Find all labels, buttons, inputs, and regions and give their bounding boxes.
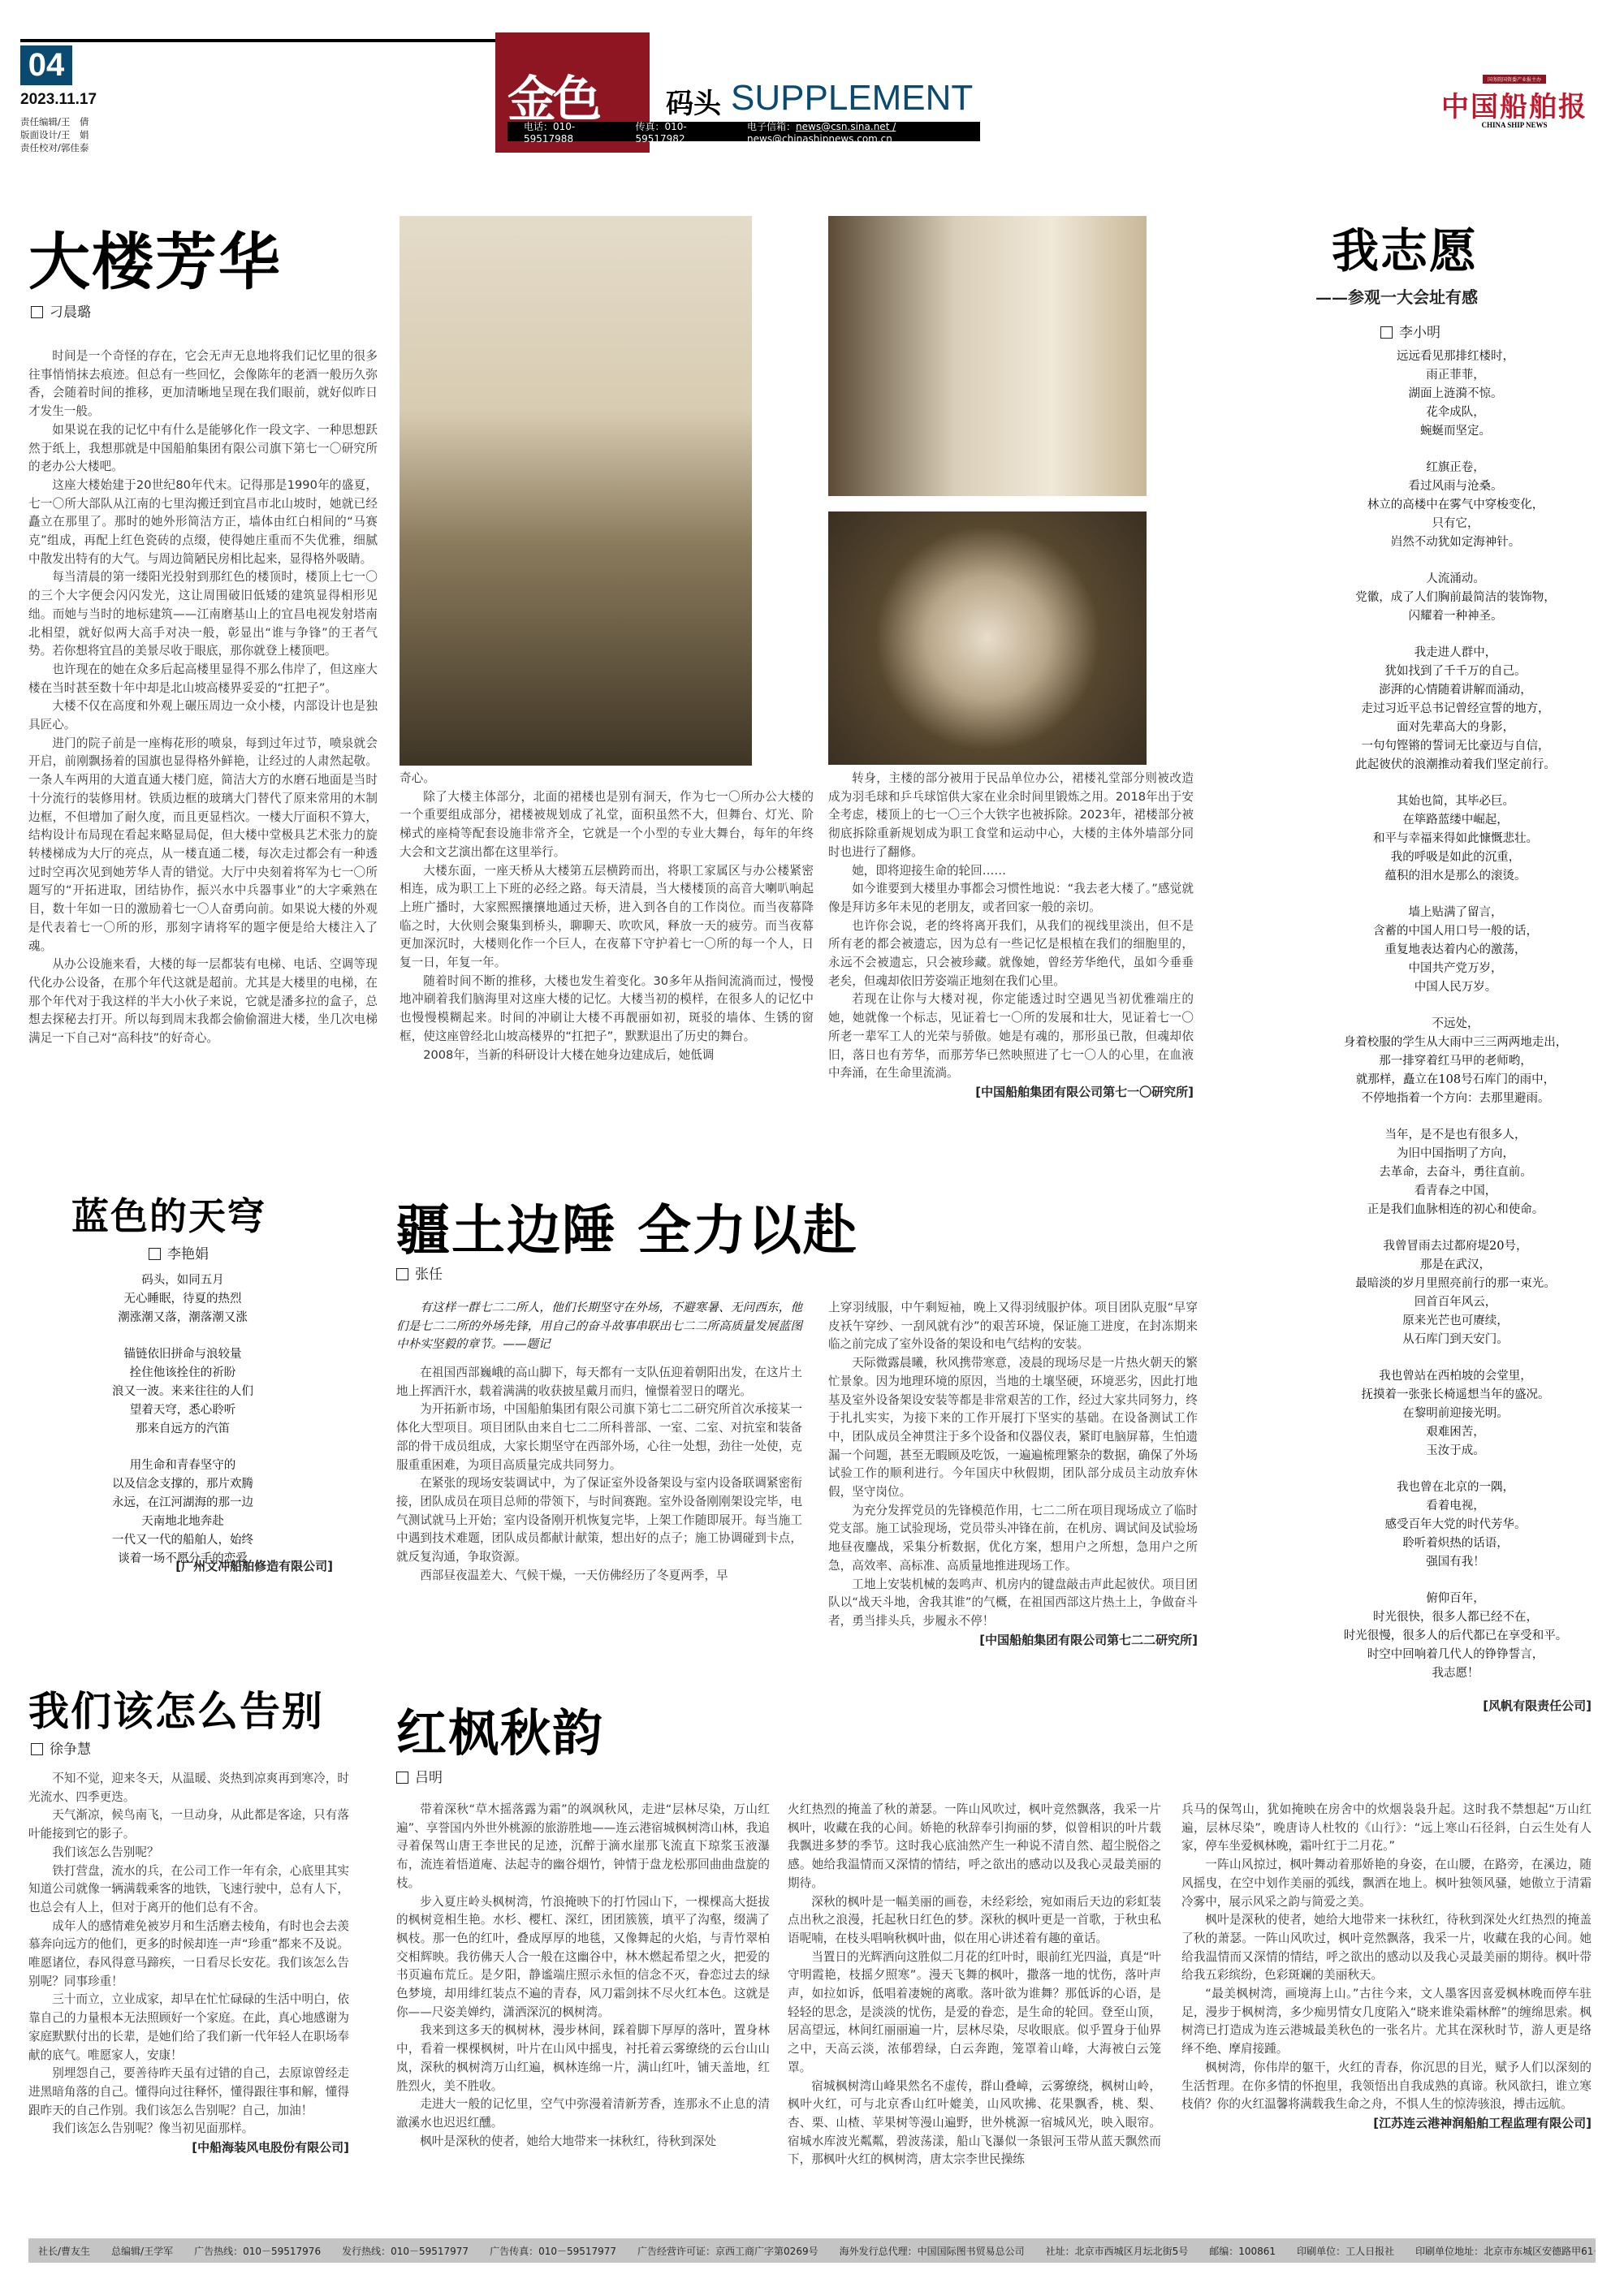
logo-tag: 国务院国资委产业报主办 [1483, 75, 1546, 84]
poem-line: 原来光芒也可赓续， [1299, 1312, 1612, 1331]
byline-dalou: 刁晨璐 [31, 300, 91, 321]
poem-line: 看青春之中国， [1299, 1182, 1612, 1201]
poem-line: 潮涨潮又落，潮落潮又涨 [49, 1309, 317, 1327]
column-title: 码头 [666, 81, 721, 121]
poem-line: 锚链依旧拼命与浪较量 [49, 1345, 317, 1364]
newspaper-logo: 国务院国资委产业报主办 中国船舶报 CHINA SHIP NEWS [1441, 69, 1587, 129]
poem-line: 岿然不动犹如定海神针。 [1299, 533, 1612, 552]
poem-line: 望着天穹，悉心聆听 [49, 1401, 317, 1420]
poem-line: 以及信念支撑的，那片欢腾 [49, 1475, 317, 1494]
byline-box-icon [1380, 326, 1393, 339]
poem-line: 我也曾在北京的一隅， [1299, 1478, 1612, 1497]
poem-line: 我也曾站在西柏坡的会堂里， [1299, 1367, 1612, 1386]
poem-stanza: 锚链依旧拼命与浪较量拴住他该拴住的祈盼浪又一波。来来往往的人们望着天穹，悉心聆听… [49, 1345, 317, 1439]
poem-line: 从石库门到天安门。 [1299, 1331, 1612, 1349]
contact-email-block: 电子信箱：news@csn.sina.net / news@chinashipn… [747, 119, 980, 145]
poem-line: 林立的高楼中在雾气中穿梭变化， [1299, 496, 1612, 515]
poem-line: 中国共产党万岁， [1299, 960, 1612, 978]
footer-item: 海外发行总代理：中国国际图书贸易总公司 [840, 2244, 1025, 2258]
poem-stanza: 其始也简，其毕必巨。在筚路蓝缕中崛起，和平与幸福来得如此慷慨悲壮。我的呼吸是如此… [1299, 792, 1612, 886]
byline-box-icon [396, 1772, 408, 1784]
poem-line: 犹如找到了千千万的自己。 [1299, 662, 1612, 681]
poem-line: 码头，如同五月 [49, 1271, 317, 1290]
article-title-dalou: 大楼芳华 [28, 213, 282, 301]
poem-line: 蕴积的泪水是那么的滚烫。 [1299, 867, 1612, 886]
article-title-jiangtu: 疆土边陲 全力以赴 [396, 1187, 858, 1264]
poem-line: 身着校服的学生从大雨中三三两两地走出， [1299, 1034, 1612, 1052]
article-body-jiangtu-col2: 上穿羽绒服，中午剩短袖，晚上又得羽绒服护体。项目团队克服“早穿皮袄午穿纱、一刮风… [828, 1299, 1198, 1649]
footer-item: 社址：北京市西城区月坛北街5号 [1046, 2244, 1189, 2258]
poem-line: 浪又一波。来来往往的人们 [49, 1383, 317, 1401]
poem-stanza: 墙上贴满了留言，含蓄的中国人用口号一般的话，重复地表达着内心的激荡，中国共产党万… [1299, 904, 1612, 997]
byline-jiangtu: 张任 [396, 1262, 443, 1283]
page-number: 04 [20, 45, 72, 85]
poem-line: 就那样，矗立在108号石库门的雨中， [1299, 1071, 1612, 1090]
article-body-hongfeng-col1: 带着深秋“草木摇落露为霜”的飒飒秋风，走进“层林尽染，万山红遍”、享誉国内外世外… [396, 1801, 770, 2151]
poem-line: 俯仰百年， [1299, 1590, 1612, 1608]
footer-item: 发行热线：010－59517977 [342, 2244, 469, 2258]
poem-tianqiong: 码头，如同五月无心睡眠，待夏的热烈潮涨潮又落，潮落潮又涨锚链依旧拼命与浪较量拴住… [49, 1271, 317, 1586]
poem-line: 我走进人群中， [1299, 644, 1612, 662]
article-title-gaobie: 我们该怎么告别 [28, 1679, 324, 1737]
poem-line: 为旧中国指明了方向， [1299, 1145, 1612, 1163]
source-gaobie: [中船海装风电股份有限公司] [28, 2138, 349, 2157]
poem-line: 和平与幸福来得如此慷慨悲壮。 [1299, 830, 1612, 848]
photo-office-building [400, 216, 752, 766]
poem-line: 时光很快，很多人都已经不在， [1299, 1608, 1612, 1627]
poem-line: 聆听着炽热的话语， [1299, 1534, 1612, 1553]
poem-stanza: 远远看见那排红楼时，雨正菲菲，湖面上涟漪不惊。花伞成队，蜿蜒而坚定。 [1299, 347, 1612, 441]
poem-line: 看着电视， [1299, 1497, 1612, 1516]
poem-stanza: 我也曾站在西柏坡的会堂里，抚摸着一张张长椅遥想当年的盛况。在黎明前迎接光明。艰难… [1299, 1367, 1612, 1461]
poem-line: 天南地北地奔赴 [49, 1513, 317, 1531]
poem-stanza: 人流涌动。党徽，成了人们胸前最简洁的装饰物，闪耀着一种神圣。 [1299, 570, 1612, 626]
article-body-dalou-col1: 时间是一个奇怪的存在，它会无声无息地将我们记忆里的很多往事悄悄抹去痕迹。但总有一… [28, 347, 378, 1048]
poem-stanza: 当年，是不是也有很多人，为旧中国指明了方向，去革命，去奋斗，勇往直前。看青春之中… [1299, 1126, 1612, 1219]
poem-line: 最暗淡的岁月里照亮前行的那一束光。 [1299, 1275, 1612, 1293]
photo-corridor-calligraphy [828, 216, 1147, 496]
poem-stanza: 不远处，身着校服的学生从大雨中三三两两地走出，那一排穿着红马甲的老师哟，就那样，… [1299, 1015, 1612, 1108]
poem-line: 玉汝于成。 [1299, 1442, 1612, 1461]
footer-item: 广告经营许可证：京西工商广字第0269号 [637, 2244, 818, 2258]
article-body-gaobie: 不知不觉，迎来冬天，从温暖、炎热到凉爽再到寒冷，时光流水、四季更迭。 天气渐凉，… [28, 1770, 349, 2157]
poem-line: 正是我们血脉相连的初心和使命。 [1299, 1201, 1612, 1219]
poem-line: 闪耀着一种神圣。 [1299, 607, 1612, 626]
footer-item: 广告热线：010－59517976 [194, 2244, 321, 2258]
logo-chinese: 中国船舶报 [1441, 84, 1587, 124]
poem-line: 墙上贴满了留言， [1299, 904, 1612, 922]
poem-line: 那是在武汉， [1299, 1256, 1612, 1275]
poem-line: 感受百年大党的时代芳华。 [1299, 1516, 1612, 1534]
poem-line: 强国有我！ [1299, 1553, 1612, 1572]
article-body-hongfeng-col2: 火红热烈的掩盖了秋的萧瑟。一阵山风吹过，枫叶竞然飘落，我采一片枫叶，收藏在我的心… [788, 1801, 1161, 2169]
article-title-zhiyuan: 我志愿 [1332, 213, 1478, 281]
poem-line: 澎湃的心情随着讲解而涌动， [1299, 681, 1612, 700]
poem-line: 中国人民万岁。 [1299, 978, 1612, 997]
subtitle-zhiyuan: ——参观一大会址有感 [1315, 284, 1478, 308]
masthead-rule [20, 39, 508, 42]
poem-stanza: 我曾冒雨去过都府堤20号，那是在武汉，最暗淡的岁月里照亮前行的那一束光。回首百年… [1299, 1237, 1612, 1349]
footer-item: 邮编：100861 [1209, 2244, 1276, 2258]
poem-line: 蜿蜒而坚定。 [1299, 422, 1612, 441]
poem-stanza: 俯仰百年，时光很快，很多人都已经不在，时光很慢，很多人的后代都已在享受和平。时空… [1299, 1590, 1612, 1683]
poem-line: 党徽，成了人们胸前最简洁的装饰物， [1299, 589, 1612, 607]
poem-line: 含蓄的中国人用口号一般的话， [1299, 922, 1612, 941]
poem-line: 去革命，去奋斗，勇往直前。 [1299, 1163, 1612, 1182]
poem-line: 那来自远方的汽笛 [49, 1420, 317, 1439]
byline-zhiyuan: 李小明 [1380, 321, 1440, 341]
byline-box-icon [31, 306, 43, 318]
credit-editor: 责任编辑/王 倩 [20, 115, 89, 128]
poem-line: 不远处， [1299, 1015, 1612, 1034]
poem-line: 回首百年风云， [1299, 1293, 1612, 1312]
poem-line: 面对先辈高大的身影， [1299, 719, 1612, 737]
poem-line: 艰难困苦， [1299, 1423, 1612, 1442]
contact-bar: 电话：010-59517988 传真：010-59517982 电子信箱：new… [508, 122, 980, 141]
credit-designer: 版面设计/王 娟 [20, 128, 89, 141]
poem-stanza: 红旗正卷，看过风雨与沧桑。林立的高楼中在雾气中穿梭变化，只有它，岿然不动犹如定海… [1299, 459, 1612, 552]
poem-line: 走过习近平总书记曾经宣誓的地方， [1299, 700, 1612, 719]
issue-date: 2023.11.17 [20, 91, 97, 109]
source-zhiyuan: [风帆有限责任公司] [1364, 1697, 1592, 1714]
poem-line: 只有它， [1299, 515, 1612, 533]
article-body-hongfeng-col3: 兵马的保驾山，犹如掩映在房舍中的炊烟袅袅升起。这时我不禁想起“万山红遍，层林尽染… [1181, 1801, 1592, 2133]
contact-phone: 电话：010-59517988 [524, 119, 603, 145]
poem-line: 拴住他该拴住的祈盼 [49, 1364, 317, 1383]
poem-line: 此起彼伏的浪潮推动着我们坚定前行。 [1299, 756, 1612, 775]
poem-line: 花伞成队， [1299, 404, 1612, 422]
photo-plum-pond [828, 511, 1147, 765]
source-dalou: [中国船舶集团有限公司第七一〇研究所] [828, 1083, 1194, 1102]
byline-box-icon [396, 1268, 408, 1280]
poem-line: 不停地指着一个方向：去那里避雨。 [1299, 1090, 1612, 1108]
byline-hongfeng: 吕明 [396, 1766, 443, 1786]
poem-line: 红旗正卷， [1299, 459, 1612, 477]
footer-item: 印刷单位：工人日报社 [1297, 2244, 1394, 2258]
poem-stanza: 码头，如同五月无心睡眠，待夏的热烈潮涨潮又落，潮落潮又涨 [49, 1271, 317, 1327]
poem-line: 在筚路蓝缕中崛起， [1299, 811, 1612, 830]
poem-line: 一代又一代的船舶人，始终 [49, 1531, 317, 1550]
poem-stanza: 我走进人群中，犹如找到了千千万的自己。澎湃的心情随着讲解而涌动，走过习近平总书记… [1299, 644, 1612, 775]
footer-item: 社长/曹友生 [38, 2244, 90, 2258]
article-body-dalou-col3: 转身，主楼的部分被用于民品单位办公，裙楼礼堂部分则被改造成为羽毛球和乒乓球馆供大… [828, 770, 1194, 1102]
poem-line: 雨正菲菲， [1299, 366, 1612, 385]
contact-fax: 传真：010-59517982 [636, 119, 715, 145]
supplement-label: SUPPLEMENT [731, 78, 973, 119]
poem-line: 在黎明前迎接光明。 [1299, 1405, 1612, 1423]
poem-line: 当年，是不是也有很多人， [1299, 1126, 1612, 1145]
poem-line: 重复地表达着内心的激荡， [1299, 941, 1612, 960]
poem-line: 时空中回响着几代人的铮铮誓言， [1299, 1646, 1612, 1664]
source-hongfeng: [江苏连云港神润船舶工程监理有限公司] [1181, 2114, 1592, 2133]
article-body-dalou-col2: 奇心。 除了大楼主体部分，北面的裙楼也是别有洞天，作为七一〇所办公大楼的一个重要… [400, 770, 814, 1064]
byline-box-icon [149, 1248, 161, 1260]
poem-line: 无心睡眠，待夏的热烈 [49, 1290, 317, 1309]
footer-item: 广告传真：010－59517977 [490, 2244, 616, 2258]
poem-line: 其始也简，其毕必巨。 [1299, 792, 1612, 811]
poem-line: 用生命和青春坚守的 [49, 1457, 317, 1475]
imprint-footer: 社长/曹友生总编辑/王学军广告热线：010－59517976发行热线：010－5… [28, 2238, 1596, 2263]
poem-line: 远远看见那排红楼时， [1299, 347, 1612, 366]
poem-zhiyuan: 远远看见那排红楼时，雨正菲菲，湖面上涟漪不惊。花伞成队，蜿蜒而坚定。红旗正卷，看… [1299, 347, 1612, 1701]
byline-box-icon [31, 1743, 43, 1755]
source-tianqiong: [广州文冲船舶修造有限公司] [122, 1557, 333, 1574]
poem-line: 抚摸着一张张长椅遥想当年的盛况。 [1299, 1386, 1612, 1405]
article-title-hongfeng: 红枫秋韵 [396, 1693, 604, 1765]
poem-line: 人流涌动。 [1299, 570, 1612, 589]
poem-line: 我的呼吸是如此的沉重， [1299, 848, 1612, 867]
article-body-jiangtu-col1: 在祖国西部巍峨的高山脚下，每天都有一支队伍迎着朝阳出发，在这片土地上挥洒汗水，载… [396, 1364, 802, 1585]
article-title-tianqiong: 蓝色的天穹 [71, 1187, 266, 1241]
poem-line: 湖面上涟漪不惊。 [1299, 385, 1612, 404]
poem-line: 一句句铿锵的誓词无比豪迈与自信， [1299, 737, 1612, 756]
editor-credits: 责任编辑/王 倩 版面设计/王 娟 责任校对/郭佳泰 [20, 115, 89, 154]
poem-line: 我曾冒雨去过都府堤20号， [1299, 1237, 1612, 1256]
byline-gaobie: 徐争慧 [31, 1737, 91, 1758]
poem-line: 看过风雨与沧桑。 [1299, 477, 1612, 496]
poem-line: 永远，在江河湖海的那一边 [49, 1494, 317, 1513]
poem-line: 我志愿！ [1299, 1664, 1612, 1683]
footer-item: 总编辑/王学军 [111, 2244, 173, 2258]
poem-stanza: 用生命和青春坚守的以及信念支撑的，那片欢腾永远，在江河湖海的那一边天南地北地奔赴… [49, 1457, 317, 1569]
epigraph-jiangtu: 有这样一群七二二所人，他们长期坚守在外场，不避寒暑、无问西东，他们是七二二所的外… [396, 1299, 802, 1354]
poem-stanza: 我也曾在北京的一隅，看着电视，感受百年大党的时代芳华。聆听着炽热的话语，强国有我… [1299, 1478, 1612, 1572]
poem-line: 时光很慢，很多人的后代都已在享受和平。 [1299, 1627, 1612, 1646]
byline-tianqiong: 李艳娟 [149, 1242, 209, 1262]
poem-line: 那一排穿着红马甲的老师哟， [1299, 1052, 1612, 1071]
credit-proofreader: 责任校对/郭佳泰 [20, 141, 89, 154]
footer-item: 印刷单位地址：北京市东城区安德路甲61号 [1415, 2244, 1596, 2258]
source-jiangtu: [中国船舶集团有限公司第七二二研究所] [828, 1631, 1198, 1650]
